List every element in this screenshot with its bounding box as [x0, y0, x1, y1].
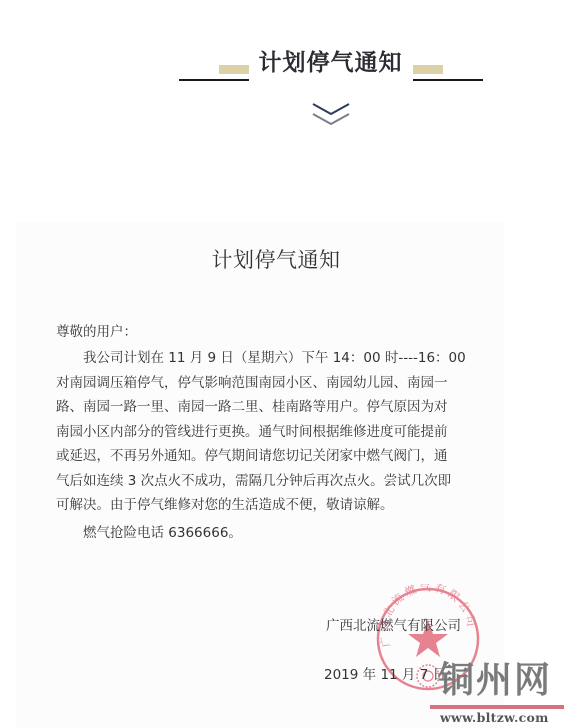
company-signature: 广西北流燃气有限公司 — [326, 614, 461, 634]
header-accent-bar-left — [219, 65, 249, 74]
notice-body-line: 可解决。由于停气维修对您的生活造成不便，敬请谅解。 — [56, 493, 478, 518]
notice-date: 2019 年 11 月 7 日 — [324, 663, 446, 683]
notice-body: 我公司计划在 11 月 9 日（星期六）下午 14：00 时----16：00 … — [56, 346, 478, 518]
notice-body-line: 南园小区内部分的管线进行更换。通气时间根据维修进度可能提前 — [56, 420, 478, 445]
notice-body-line: 我公司计划在 11 月 9 日（星期六）下午 14：00 时----16：00 — [56, 346, 478, 371]
watermark-url: www.bltzw.com — [440, 710, 549, 725]
watermark-site-name: 铜州网 — [438, 660, 564, 700]
emergency-hotline: 燃气抢险电话 6366666。 — [83, 521, 242, 541]
notice-body-line: 或延迟，不再另外通知。停气期间请您切记关闭家中燃气阀门，通 — [56, 444, 478, 469]
notice-body-line: 路、南园一路一里、南园一路二里、桂南路等用户。停气原因为对 — [56, 395, 478, 420]
watermark-rule — [430, 705, 564, 709]
notice-title: 计划停气通知 — [16, 244, 536, 274]
header-rule-right — [413, 79, 483, 81]
page: 计划停气通知 计划停气通知 尊敬的用户： 我公司计划在 11 月 9 日（星期六… — [0, 0, 564, 728]
header-accent-bar-right — [413, 65, 443, 74]
double-chevron-down-icon — [311, 101, 351, 129]
header-rule-left — [179, 79, 249, 81]
notice-body-line: 对南园调压箱停气，停气影响范围南园小区、南园幼儿园、南园一 — [56, 371, 478, 396]
notice-body-line: 气后如连续 3 次点火不成功，需隔几分钟后再次点火。尝试几次即 — [56, 469, 478, 494]
notice-greeting: 尊敬的用户： — [56, 320, 137, 340]
decorative-header: 计划停气通知 — [0, 0, 564, 140]
site-watermark: 铜州网 www.bltzw.com — [430, 660, 564, 728]
header-title: 计划停气通知 — [248, 44, 413, 77]
